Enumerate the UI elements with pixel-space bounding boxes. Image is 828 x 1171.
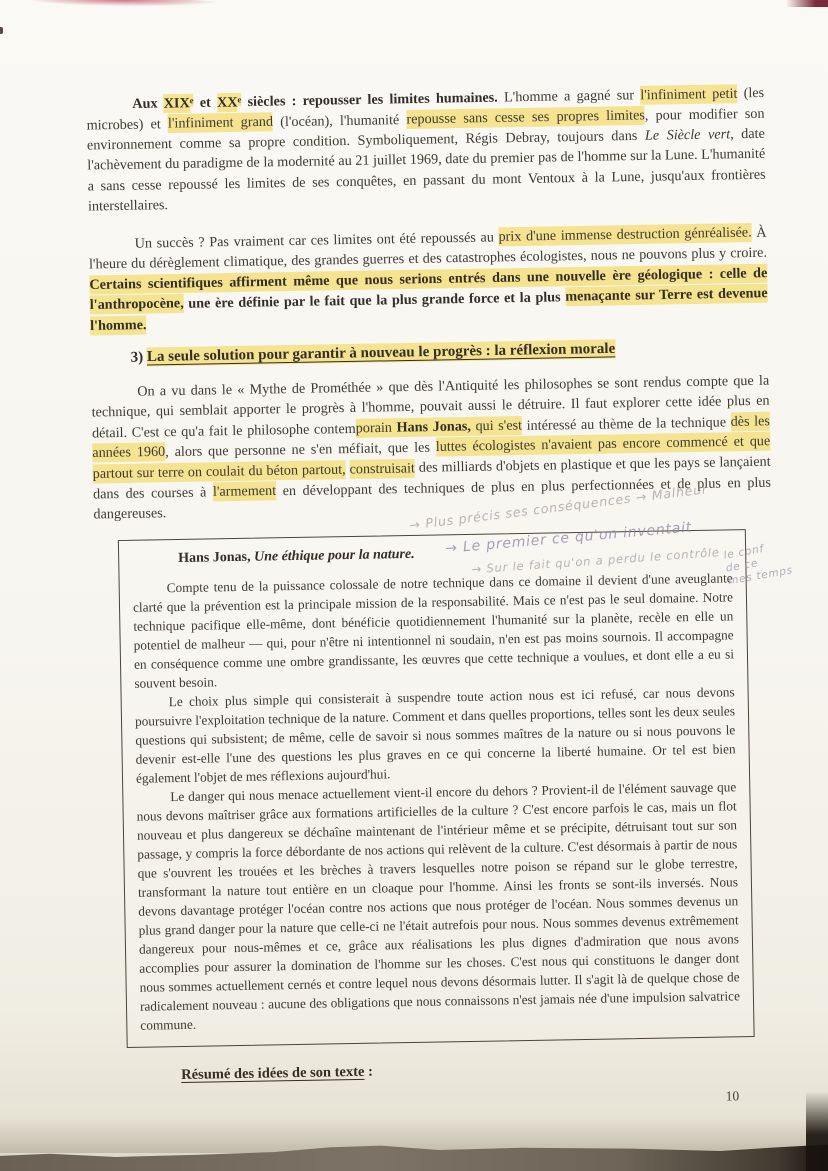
section-heading: 3) La seule solution pour garantir à nou… xyxy=(130,335,768,368)
handwritten-margin-line: de ce xyxy=(725,546,818,575)
dark-red-mark xyxy=(786,0,828,7)
page-text-block: Aux XIXe et XXe siècles : repousser les … xyxy=(86,80,781,1086)
paragraph-hans-jonas-intro: On a vu dans le « Mythe de Prométhée » q… xyxy=(91,370,771,525)
excerpt-paragraph: Compte tenu de la puissance colossale de… xyxy=(133,568,735,692)
pink-ink-smudge xyxy=(20,0,225,8)
resume-heading: Résumé des idées de son texte : xyxy=(181,1057,781,1084)
scanned-page: Aux XIXe et XXe siècles : repousser les … xyxy=(0,0,828,1171)
paper-edge-shadow xyxy=(0,1119,828,1153)
excerpt-paragraph: Le danger qui nous menace actuellement v… xyxy=(136,777,740,1034)
handwritten-margin-line: le conf xyxy=(723,534,816,563)
handwritten-annotation-margin: le conf de ce mes temps xyxy=(723,534,820,588)
photo-dark-corner xyxy=(806,1091,828,1171)
excerpt-box: → Plus précis ses conséquences → Malheur… xyxy=(118,529,755,1048)
paragraph-limites-humaines: Aux XIXe et XXe siècles : repousser les … xyxy=(86,80,766,218)
edge-mark xyxy=(0,27,3,34)
paragraph-un-succes: Un succès ? Pas vraiment car ces limites… xyxy=(89,222,769,336)
handwritten-margin-line: mes temps xyxy=(727,559,820,588)
excerpt-title: Hans Jonas, Une éthique pour la nature. xyxy=(132,539,732,570)
excerpt-paragraph: Le choix plus simple qui consisterait à … xyxy=(135,682,737,787)
page-number: 10 xyxy=(726,1088,740,1104)
